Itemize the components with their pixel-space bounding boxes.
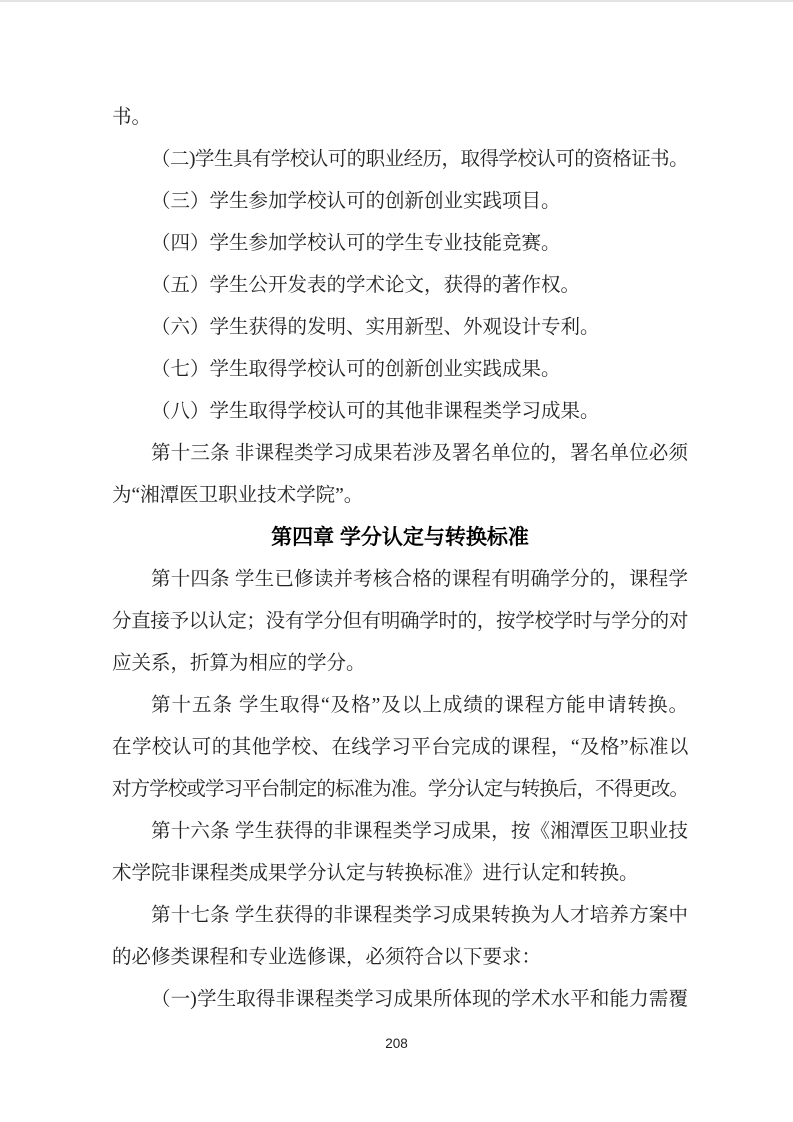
text-line: 在学校认可的其他学校、在线学习平台完成的课程，“及格”标准以 (112, 727, 688, 769)
text-line: 第十七条 学生获得的非课程类学习成果转换为人才培养方案中 (112, 895, 688, 937)
text-line: （八）学生取得学校认可的其他非课程类学习成果。 (112, 391, 688, 433)
text-line: 第十五条 学生取得“及格”及以上成绩的课程方能申请转换。 (112, 685, 688, 727)
text-line: 对方学校或学习平台制定的标准为准。学分认定与转换后，不得更改。 (112, 769, 688, 811)
document-page: 书。（二)学生具有学校认可的职业经历，取得学校认可的资格证书。（三）学生参加学校… (0, 0, 793, 1122)
text-line: （七）学生取得学校认可的创新创业实践成果。 (112, 349, 688, 391)
text-line: 术学院非课程类成果学分认定与转换标准》进行认定和转换。 (112, 853, 688, 895)
text-line: （四）学生参加学校认可的学生专业技能竞赛。 (112, 223, 688, 265)
text-line: （二)学生具有学校认可的职业经历，取得学校认可的资格证书。 (112, 139, 688, 181)
text-line: 第十六条 学生获得的非课程类学习成果，按《湘潭医卫职业技 (112, 811, 688, 853)
chapter-heading: 第四章 学分认定与转换标准 (112, 517, 688, 559)
text-line: 的必修类课程和专业选修课，必须符合以下要求： (112, 937, 688, 979)
text-line: （一)学生取得非课程类学习成果所体现的学术水平和能力需覆 (112, 979, 688, 1021)
text-line: （五）学生公开发表的学术论文，获得的著作权。 (112, 265, 688, 307)
text-line: （六）学生获得的发明、实用新型、外观设计专利。 (112, 307, 688, 349)
text-line: 第十三条 非课程类学习成果若涉及署名单位的，署名单位必须 (112, 433, 688, 475)
text-line: 分直接予以认定；没有学分但有明确学时的，按学校学时与学分的对 (112, 601, 688, 643)
text-line: 书。 (112, 97, 688, 139)
text-line: 应关系，折算为相应的学分。 (112, 643, 688, 685)
text-line: （三）学生参加学校认可的创新创业实践项目。 (112, 181, 688, 223)
document-body: 书。（二)学生具有学校认可的职业经历，取得学校认可的资格证书。（三）学生参加学校… (112, 97, 688, 1021)
text-line: 为“湘潭医卫职业技术学院”。 (112, 475, 688, 517)
text-line: 第十四条 学生已修读并考核合格的课程有明确学分的，课程学 (112, 559, 688, 601)
page-number: 208 (0, 1036, 793, 1051)
